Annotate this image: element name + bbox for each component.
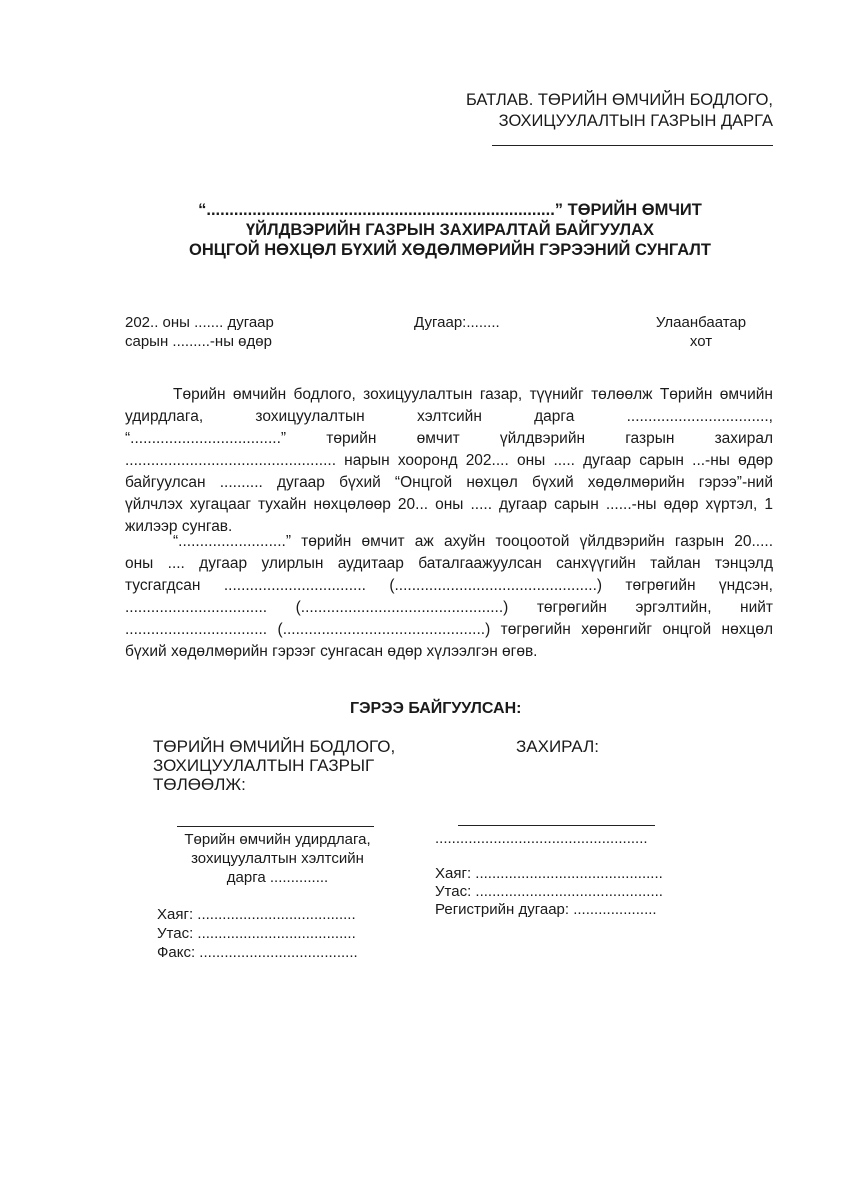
paragraph-line: Төрийн өмчийн бодлого, зохицуулалтын газ… xyxy=(173,385,773,405)
paragraph-line: бүхий хөдөлмөрийн гэрээг сунгасан өдөр х… xyxy=(125,642,773,662)
approval-block: БАТЛАВ. ТӨРИЙН ӨМЧИЙН БОДЛОГО, ЗОХИЦУУЛА… xyxy=(440,90,773,132)
right-name-field: ........................................… xyxy=(435,829,648,848)
left-party-name: ТӨРИЙН ӨМЧИЙН БОДЛОГО, ЗОХИЦУУЛАЛТЫН ГАЗ… xyxy=(153,737,395,794)
city-field: Улаанбаатар хот xyxy=(636,313,766,351)
title-line-1: “.......................................… xyxy=(150,200,750,220)
city-line-1: Улаанбаатар xyxy=(636,313,766,332)
paragraph-line: ........................................… xyxy=(125,451,773,471)
right-contact-block: Хаяг: ..................................… xyxy=(435,865,663,919)
left-party-line-1: ТӨРИЙН ӨМЧИЙН БОДЛОГО, xyxy=(153,737,395,756)
approval-line-2: ЗОХИЦУУЛАЛТЫН ГАЗРЫН ДАРГА xyxy=(440,111,773,132)
right-address-field: Хаяг: ..................................… xyxy=(435,865,663,883)
title-line-2: ҮЙЛДВЭРИЙН ГАЗРЫН ЗАХИРАЛТАЙ БАЙГУУЛАХ xyxy=(150,220,750,240)
document-title: “.......................................… xyxy=(150,200,750,260)
right-registry-field: Регистрийн дугаар: .................... xyxy=(435,901,663,919)
signatures-heading: ГЭРЭЭ БАЙГУУЛСАН: xyxy=(350,700,521,718)
left-party-line-3: ТӨЛӨӨЛЖ: xyxy=(153,775,395,794)
left-role-line-2: зохицуулалтын хэлтсийн xyxy=(150,849,405,868)
left-fax-field: Факс: ..................................… xyxy=(157,943,358,962)
right-signature-line xyxy=(458,825,655,826)
left-role-line-3: дарга .............. xyxy=(150,868,405,887)
paragraph-line: удирдлага, зохицуулалтын хэлтсийн дарга … xyxy=(125,407,773,427)
left-signature-line xyxy=(177,826,374,827)
left-address-field: Хаяг: ..................................… xyxy=(157,905,358,924)
date-line-1: 202.. оны ....... дугаар xyxy=(125,313,274,332)
paragraph-line: ................................. (.....… xyxy=(125,620,773,640)
paragraph-line: байгуулсан .......... дугаар бүхий “Онцг… xyxy=(125,473,773,493)
right-party-name: ЗАХИРАЛ: xyxy=(516,737,599,756)
city-line-2: хот xyxy=(636,332,766,351)
right-phone-field: Утас: ..................................… xyxy=(435,883,663,901)
title-line-3: ОНЦГОЙ НӨХЦӨЛ БҮХИЙ ХӨДӨЛМӨРИЙН ГЭРЭЭНИЙ… xyxy=(150,240,750,260)
document-number: Дугаар:........ xyxy=(414,313,500,332)
paragraph-line: үйлчлэх хугацааг тухайн нөхцөлөөр 20... … xyxy=(125,495,773,515)
date-field: 202.. оны ....... дугаар сарын .........… xyxy=(125,313,274,351)
date-line-2: сарын .........-ны өдөр xyxy=(125,332,274,351)
paragraph-line: “...................................” тө… xyxy=(125,429,773,449)
left-party-line-2: ЗОХИЦУУЛАЛТЫН ГАЗРЫГ xyxy=(153,756,395,775)
approval-line-1: БАТЛАВ. ТӨРИЙН ӨМЧИЙН БОДЛОГО, xyxy=(440,90,773,111)
paragraph-line: тусгагдсан .............................… xyxy=(125,576,773,596)
left-signatory-role: Төрийн өмчийн удирдлага, зохицуулалтын х… xyxy=(150,830,405,887)
left-phone-field: Утас: ..................................… xyxy=(157,924,358,943)
left-role-line-1: Төрийн өмчийн удирдлага, xyxy=(150,830,405,849)
paragraph-line: “.........................” төрийн өмчит… xyxy=(173,532,773,552)
approval-signature-line xyxy=(492,145,773,146)
left-contact-block: Хаяг: ..................................… xyxy=(157,905,358,962)
paragraph-line: ................................. (.....… xyxy=(125,598,773,618)
paragraph-line: оны .... дугаар улирлын аудитаар баталга… xyxy=(125,554,773,574)
